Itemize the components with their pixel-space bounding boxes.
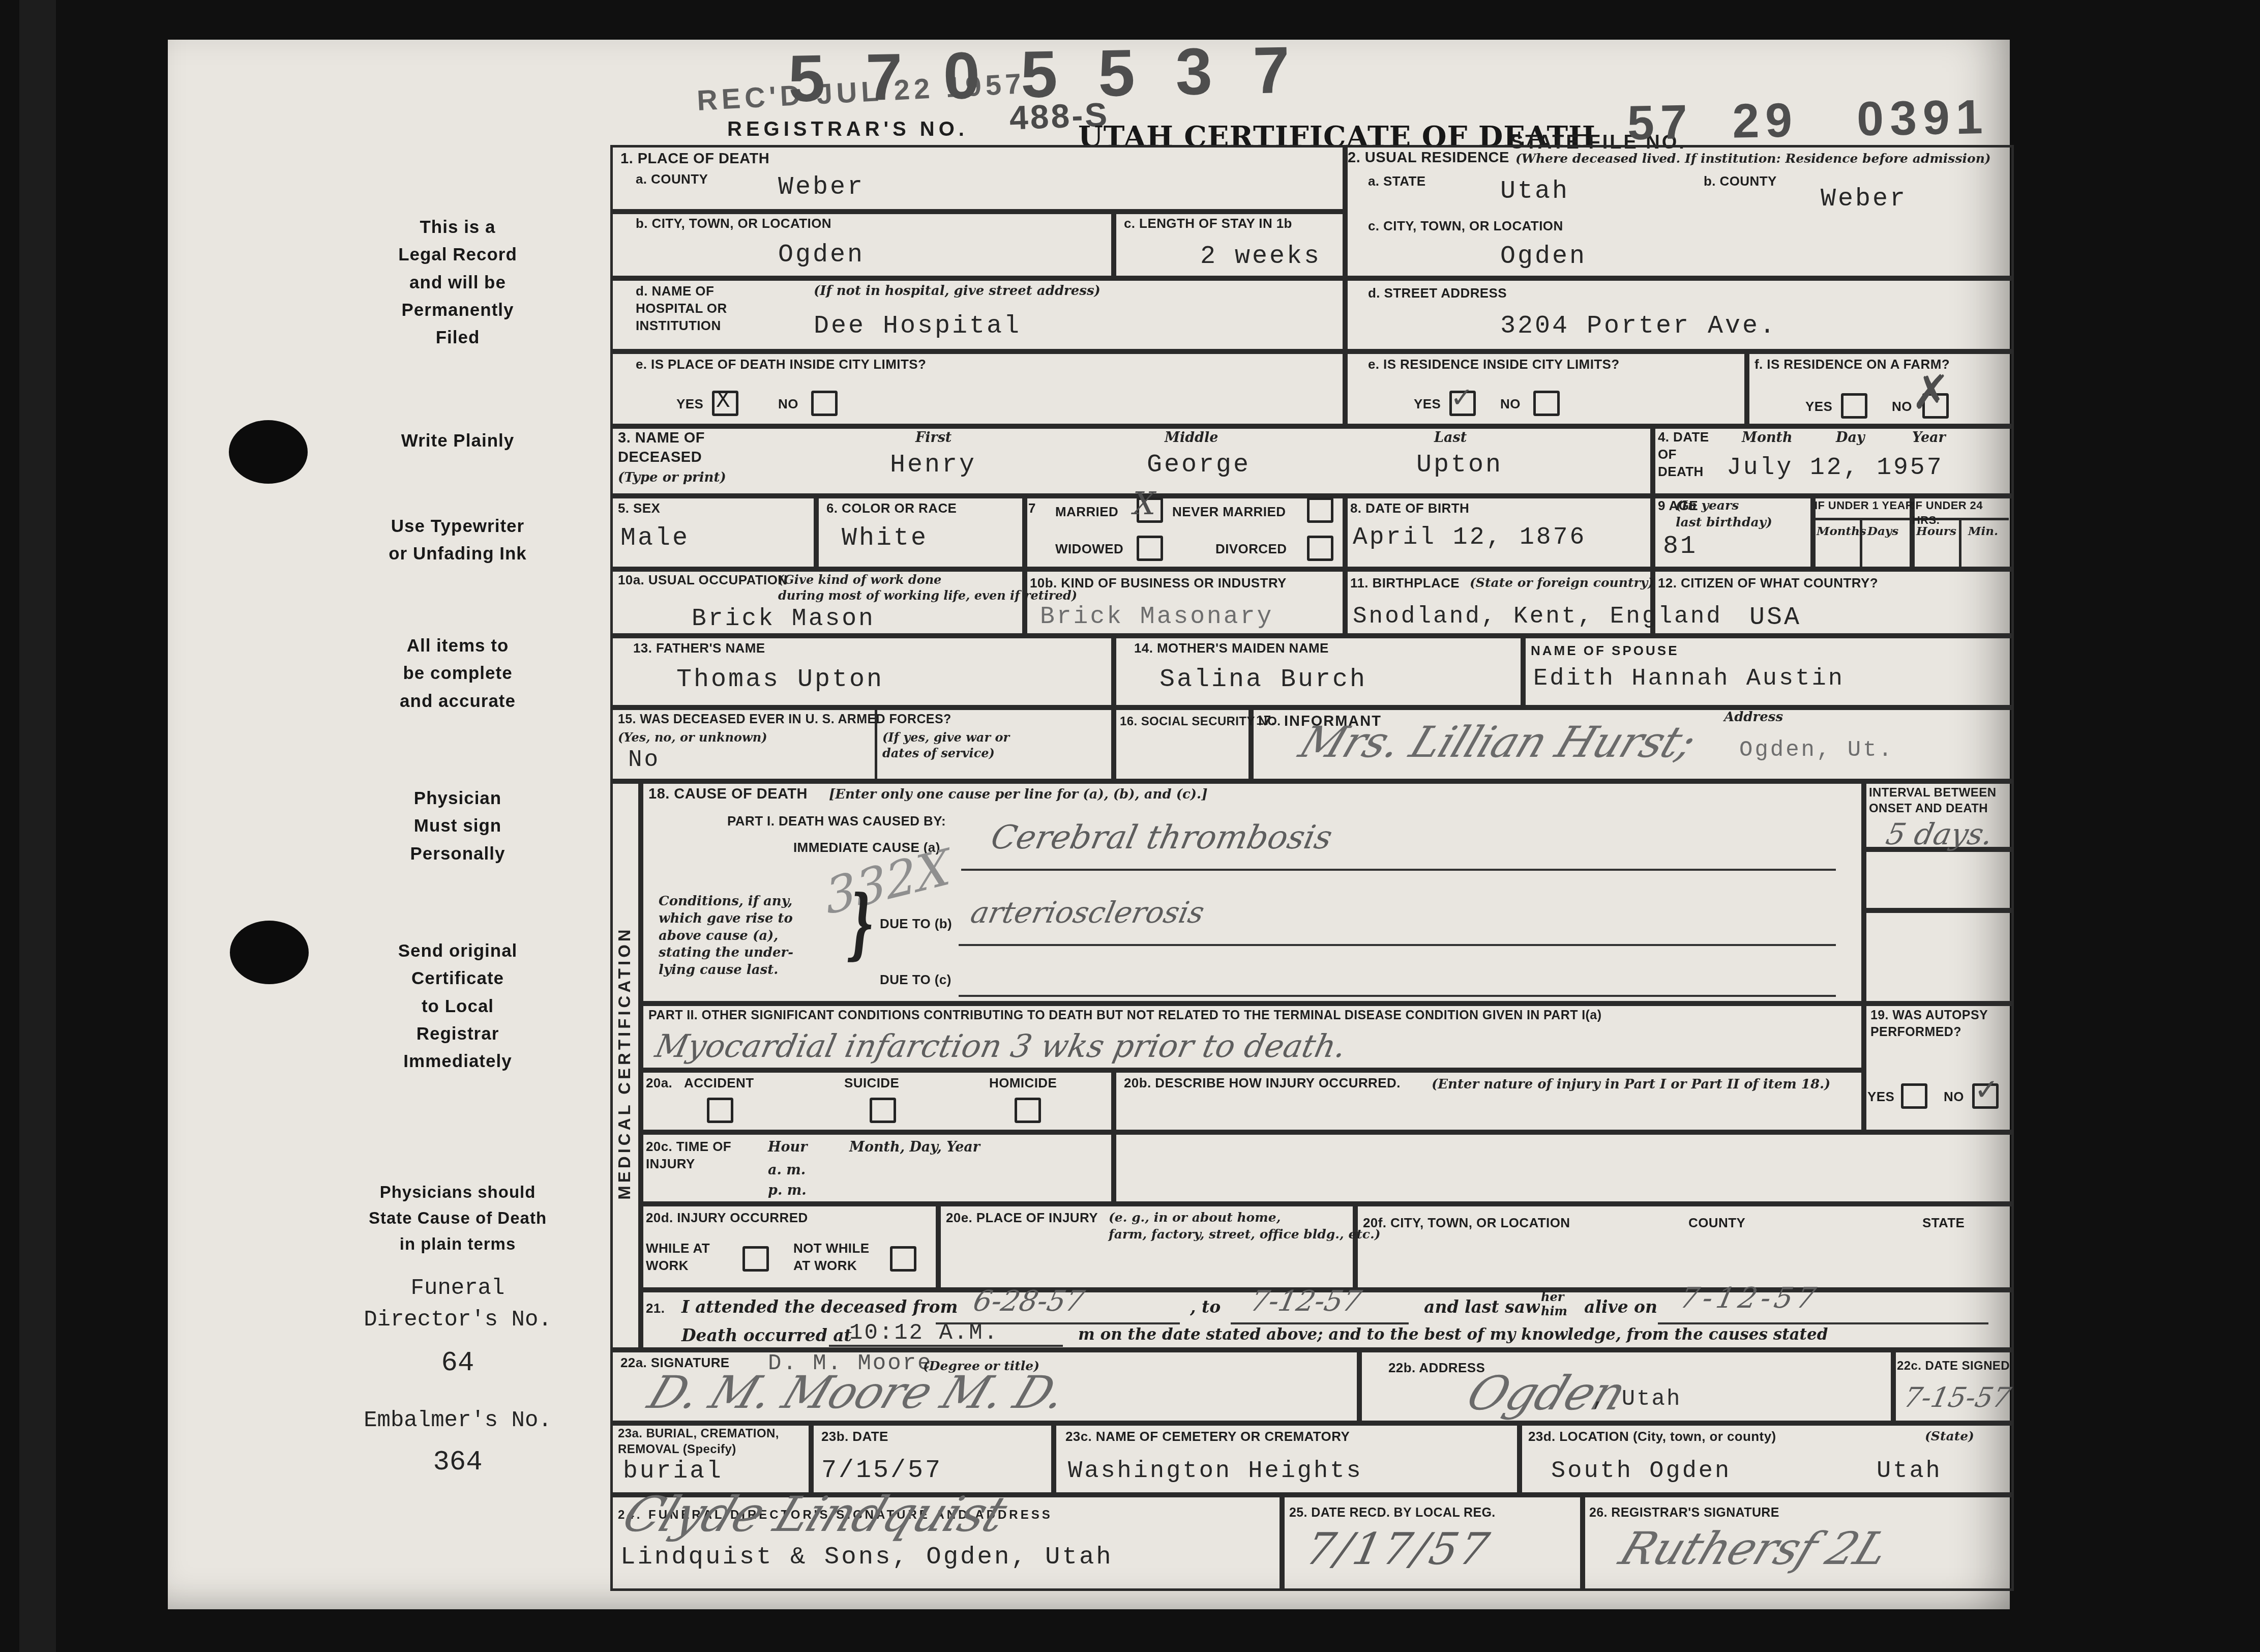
- cemetery-label: 23c. NAME OF CEMETERY OR CREMATORY: [1065, 1428, 1350, 1445]
- embalmer-no-label: Embalmer's No.: [295, 1405, 620, 1437]
- never-married-label: NEVER MARRIED: [1172, 504, 1286, 521]
- part1-label: PART I. DEATH WAS CAUSED BY:: [727, 813, 946, 830]
- medical-certification-strip: MEDICAL CERTIFICATION: [610, 779, 638, 1347]
- cause-b-handwriting: arteriosclerosis: [968, 895, 1207, 930]
- while-at-work-checkbox: [742, 1246, 769, 1272]
- physician-signature-handwriting: D. M. Moore M. D.: [641, 1366, 1074, 1419]
- armed-forces-note2: (If yes, give war or dates of service): [882, 729, 1009, 761]
- describe-injury-note: (Enter nature of injury in Part I or Par…: [1432, 1076, 1830, 1094]
- farm-yes-checkbox: [1841, 393, 1867, 419]
- cause-a-handwriting: Cerebral thrombosis: [988, 819, 1335, 857]
- under-24-hrs-label: IF UNDER 24 HRS.: [1912, 498, 2010, 527]
- residence-limits-yes-mark: ✓: [1450, 381, 1473, 414]
- no-label: NO: [778, 396, 798, 413]
- widowed-label: WIDOWED: [1055, 541, 1123, 558]
- widowed-checkbox: [1137, 536, 1163, 561]
- residence-county-value: Weber: [1821, 185, 1907, 214]
- describe-injury-label: 20b. DESCRIBE HOW INJURY OCCURRED.: [1124, 1075, 1401, 1092]
- date-stated-label: m on the date stated above; and to the b…: [1078, 1325, 1828, 1344]
- homicide-checkbox: [1015, 1098, 1041, 1123]
- margin-note-physician-sign: Physician Must sign Personally: [295, 785, 620, 868]
- part2-handwriting: Myocardial infarction 3 wks prior to dea…: [652, 1027, 1349, 1065]
- place-of-death-label: 1. PLACE OF DEATH: [620, 150, 769, 169]
- middle-name-label: Middle: [1165, 429, 1218, 447]
- length-of-stay-value: 2 weeks: [1200, 242, 1321, 271]
- last-saw-label: and last saw: [1424, 1297, 1540, 1317]
- divorced-checkbox: [1307, 536, 1333, 561]
- burial-date-value: 7/15/57: [821, 1456, 942, 1485]
- death-occurred-label: Death occurred at: [681, 1325, 852, 1345]
- married-mark: X: [1133, 485, 1155, 522]
- age-note: (In years last birthday): [1676, 497, 1772, 530]
- place-of-injury-note: (e. g., in or about home, farm, factory,…: [1109, 1209, 1381, 1243]
- funeral-director-no-label: Funeral Director's No.: [295, 1273, 620, 1336]
- attended-to-label: , to: [1190, 1297, 1221, 1317]
- occupation-value: Brick Mason: [692, 605, 875, 633]
- due-to-c-label: DUE TO (c): [880, 971, 951, 989]
- citizen-label: 12. CITIZEN OF WHAT COUNTRY?: [1658, 575, 1878, 592]
- under-1-year-label: IF UNDER 1 YEAR: [1815, 498, 1914, 513]
- state-label: a. STATE: [1368, 173, 1425, 190]
- armed-forces-label: 15. WAS DECEASED EVER IN U. S. ARMED FOR…: [618, 711, 951, 728]
- last-name-value: Upton: [1416, 451, 1503, 480]
- alive-on-label: alive on: [1584, 1297, 1657, 1317]
- injury-occurred-label: 20d. INJURY OCCURRED: [646, 1209, 808, 1227]
- margin-note-complete-accurate: All items to be complete and accurate: [295, 632, 620, 715]
- armed-forces-value: No: [628, 747, 660, 773]
- attended-from-label: I attended the deceased from: [681, 1297, 958, 1317]
- item-20a-number: 20a.: [646, 1075, 672, 1092]
- autopsy-no-mark: ✓: [1974, 1072, 1999, 1107]
- death-time-line: [829, 1345, 1063, 1347]
- burial-label: 23a. BURIAL, CREMATION, REMOVAL (Specify…: [618, 1426, 779, 1457]
- autopsy-label: 19. WAS AUTOPSY PERFORMED?: [1870, 1007, 1988, 1040]
- no-label: NO: [1500, 396, 1521, 413]
- armed-forces-note1: (Yes, no, or unknown): [618, 729, 767, 745]
- never-married-checkbox: [1307, 497, 1333, 523]
- attended-to-line: [1231, 1322, 1409, 1324]
- county-value: Weber: [778, 173, 865, 202]
- first-name-label: First: [915, 429, 951, 447]
- margin-note-write-plainly: Write Plainly: [295, 427, 620, 455]
- pm-label: p. m.: [768, 1182, 807, 1199]
- spouse-value: Edith Hannah Austin: [1533, 665, 1845, 692]
- part2-label: PART II. OTHER SIGNIFICANT CONDITIONS CO…: [648, 1007, 1601, 1024]
- residence-city-value: Ogden: [1500, 242, 1587, 271]
- hospital-label: d. NAME OF HOSPITAL OR INSTITUTION: [636, 283, 727, 334]
- injury-county-label: COUNTY: [1688, 1215, 1745, 1232]
- no-label: NO: [1892, 398, 1912, 416]
- farm-no-mark: ✗: [1911, 365, 1950, 420]
- divorced-label: DIVORCED: [1215, 541, 1287, 558]
- married-label: MARRIED: [1055, 504, 1118, 521]
- margin-note-send-original: Send original Certificate to Local Regis…: [295, 937, 620, 1075]
- death-city-limits-label: e. IS PLACE OF DEATH INSIDE CITY LIMITS?: [636, 356, 926, 373]
- scanner-edge-strip: [19, 0, 56, 1652]
- margin-note-plain-terms: Physicians should State Cause of Death i…: [295, 1179, 620, 1257]
- injury-city-label: 20f. CITY, TOWN, OR LOCATION: [1363, 1215, 1570, 1232]
- last-name-label: Last: [1434, 429, 1467, 447]
- attended-to-value: 7-12-57: [1247, 1285, 1364, 1318]
- suicide-label: SUICIDE: [844, 1075, 899, 1092]
- cell-injury-blank: [1111, 1130, 2014, 1206]
- hours-label: Hours: [1916, 524, 1956, 539]
- hospital-value: Dee Hospital: [814, 312, 1021, 341]
- sex-value: Male: [620, 524, 690, 553]
- color-race-label: 6. COLOR OR RACE: [826, 500, 957, 517]
- physician-address-typed: , Utah: [1592, 1386, 1681, 1412]
- state-file-no-value: 57 29 0391: [1627, 90, 1989, 151]
- suicide-checkbox: [870, 1098, 896, 1123]
- length-of-stay-label: c. LENGTH OF STAY IN 1b: [1124, 215, 1292, 232]
- state-value: Utah: [1500, 177, 1569, 206]
- hospital-note: (If not in hospital, give street address…: [814, 283, 1101, 300]
- color-race-value: White: [842, 524, 928, 553]
- embalmer-no-value: 364: [295, 1443, 620, 1482]
- date-signed-value: 7-15-57: [1901, 1381, 2014, 1413]
- state-note: (State): [1925, 1428, 1974, 1445]
- cause-of-death-note: [Enter only one cause per line for (a), …: [829, 786, 1207, 804]
- cemetery-city-value: South Ogden: [1551, 1458, 1731, 1485]
- date-of-birth-label: 8. DATE OF BIRTH: [1350, 500, 1469, 517]
- item-21-number: 21.: [646, 1300, 665, 1317]
- month-label: Month: [1742, 429, 1793, 447]
- date-of-death-value: July 12, 1957: [1727, 454, 1943, 482]
- accident-checkbox: [707, 1098, 733, 1123]
- mother-value: Salina Burch: [1159, 665, 1367, 694]
- yes-label: YES: [676, 396, 703, 413]
- informant-address-label: Address: [1724, 709, 1783, 726]
- date-of-death-label: 4. DATE OF DEATH: [1658, 429, 1709, 480]
- days-label: Days: [1867, 524, 1898, 539]
- medical-certification-label: MEDICAL CERTIFICATION: [615, 926, 634, 1199]
- certificate-paper: REC'D JUL 22 1957 5705537 REGISTRAR'S NO…: [168, 40, 2010, 1609]
- no-label: NO: [1944, 1088, 1964, 1106]
- last-seen-line: [1658, 1322, 1988, 1324]
- month-day-year-label: Month, Day, Year: [849, 1138, 980, 1156]
- am-label: a. m.: [768, 1161, 806, 1179]
- residence-county-label: b. COUNTY: [1704, 173, 1777, 190]
- cell-interval-blank2: [1861, 908, 2014, 1006]
- cause-b-line: [959, 944, 1836, 946]
- usual-residence-label: 2. USUAL RESIDENCE: [1348, 149, 1509, 168]
- burial-value: burial: [623, 1458, 723, 1485]
- city-of-death-label: b. CITY, TOWN, OR LOCATION: [636, 215, 831, 232]
- mother-label: 14. MOTHER'S MAIDEN NAME: [1134, 640, 1329, 657]
- conditions-note: Conditions, if any, which gave rise to a…: [659, 893, 793, 979]
- informant-number: 17.: [1256, 712, 1275, 729]
- father-value: Thomas Upton: [676, 665, 884, 694]
- months-label: Months: [1817, 524, 1866, 539]
- date-received-label: 25. DATE RECD. BY LOCAL REG.: [1289, 1504, 1496, 1521]
- death-limits-no-checkbox: [811, 391, 838, 416]
- burial-date-label: 23b. DATE: [821, 1428, 888, 1445]
- cell-interval-blank1: [1861, 847, 2014, 913]
- occupation-label: 10a. USUAL OCCUPATION: [618, 572, 787, 589]
- cemetery-location-label: 23d. LOCATION (City, town, or county): [1528, 1428, 1776, 1445]
- middle-name-value: George: [1147, 451, 1251, 480]
- date-signed-label: 22c. DATE SIGNED: [1897, 1358, 2010, 1374]
- cause-of-death-label: 18. CAUSE OF DEATH: [648, 785, 808, 804]
- registrar-signature-handwriting: Ruthersf 2L: [1613, 1522, 1895, 1575]
- spouse-label: NAME OF SPOUSE: [1531, 642, 1679, 660]
- physician-address-label: 22b. ADDRESS: [1388, 1360, 1485, 1377]
- hour-label: Hour: [768, 1138, 807, 1156]
- name-of-deceased-label: 3. NAME OF DECEASED: [618, 429, 705, 467]
- industry-label: 10b. KIND OF BUSINESS OR INDUSTRY: [1030, 575, 1287, 592]
- accident-label: ACCIDENT: [684, 1075, 754, 1092]
- street-address-value: 3204 Porter Ave.: [1500, 312, 1777, 341]
- usual-residence-note: (Where deceased lived. If institution: R…: [1515, 151, 1991, 167]
- citizen-value: USA: [1749, 603, 1801, 632]
- autopsy-yes-checkbox: [1901, 1083, 1927, 1109]
- scanned-death-certificate: REC'D JUL 22 1957 5705537 REGISTRAR'S NO…: [0, 0, 2260, 1652]
- date-of-birth-value: April 12, 1876: [1353, 524, 1586, 551]
- funeral-director-signature: Clyde Lindquist: [615, 1487, 1014, 1543]
- year-label: Year: [1912, 429, 1946, 447]
- attended-from-value: 6-28-57: [970, 1285, 1087, 1318]
- min-label: Min.: [1968, 524, 1998, 539]
- death-time-value: 10:12 A.M.: [849, 1320, 999, 1346]
- due-to-b-label: DUE TO (b): [880, 916, 952, 933]
- birthplace-label: 11. BIRTHPLACE: [1350, 575, 1460, 592]
- informant-address-value: Ogden, Ut.: [1739, 737, 1894, 763]
- cause-a-line: [961, 869, 1836, 871]
- residence-limits-no-checkbox: [1533, 391, 1560, 416]
- date-received-value: 7/17/57: [1301, 1524, 1495, 1575]
- time-of-injury-label: 20c. TIME OF INJURY: [646, 1138, 731, 1173]
- interval-label: INTERVAL BETWEEN ONSET AND DEATH: [1869, 785, 1996, 816]
- marital-number: 7: [1028, 500, 1036, 517]
- yes-label: YES: [1867, 1088, 1894, 1106]
- margin-note-legal-record: This is a Legal Record and will be Perma…: [295, 214, 620, 351]
- place-of-injury-label: 20e. PLACE OF INJURY: [946, 1209, 1098, 1227]
- registrars-no-label: REGISTRAR'S NO.: [727, 116, 968, 142]
- registrar-signature-label: 26. REGISTRAR'S SIGNATURE: [1589, 1504, 1779, 1521]
- residence-city-label: c. CITY, TOWN, OR LOCATION: [1368, 218, 1563, 235]
- street-address-label: d. STREET ADDRESS: [1368, 285, 1507, 302]
- death-limits-yes-mark: X: [716, 388, 730, 414]
- interval-handwriting: 5 days.: [1883, 817, 1996, 851]
- age-value: 81: [1663, 532, 1698, 561]
- birthplace-note: (State or foreign country): [1470, 575, 1654, 592]
- injury-state-label: STATE: [1922, 1215, 1965, 1232]
- not-while-at-work-checkbox: [890, 1246, 916, 1272]
- birthplace-value: Snodland, Kent, England: [1353, 603, 1722, 630]
- day-label: Day: [1836, 429, 1865, 447]
- informant-name-handwriting: Mrs. Lillian Hurst;: [1293, 717, 1703, 767]
- sex-label: 5. SEX: [618, 500, 660, 517]
- county-label: a. COUNTY: [636, 171, 708, 188]
- residence-city-limits-label: e. IS RESIDENCE INSIDE CITY LIMITS?: [1368, 356, 1620, 373]
- industry-value: Brick Masonary: [1040, 603, 1273, 631]
- first-name-value: Henry: [890, 451, 976, 480]
- her-him-label: her him: [1541, 1290, 1567, 1318]
- homicide-label: HOMICIDE: [989, 1075, 1057, 1092]
- funeral-director-typed: Lindquist & Sons, Ogden, Utah: [620, 1543, 1113, 1571]
- last-seen-value: 7-12-57: [1677, 1282, 1823, 1315]
- yes-label: YES: [1414, 396, 1441, 413]
- margin-note-typewriter: Use Typewriter or Unfading Ink: [295, 513, 620, 568]
- funeral-director-no-value: 64: [295, 1344, 620, 1383]
- cause-c-line: [959, 995, 1836, 997]
- conditions-brace: }: [848, 874, 875, 973]
- while-at-work-label: WHILE AT WORK: [646, 1240, 710, 1275]
- yes-label: YES: [1805, 398, 1832, 416]
- father-label: 13. FATHER'S NAME: [633, 640, 765, 657]
- cemetery-state-value: Utah: [1877, 1458, 1942, 1485]
- not-while-at-work-label: NOT WHILE AT WORK: [793, 1240, 869, 1275]
- city-of-death-value: Ogden: [778, 241, 865, 270]
- cemetery-value: Washington Heights: [1068, 1458, 1363, 1485]
- type-or-print-note: (Type or print): [618, 469, 726, 487]
